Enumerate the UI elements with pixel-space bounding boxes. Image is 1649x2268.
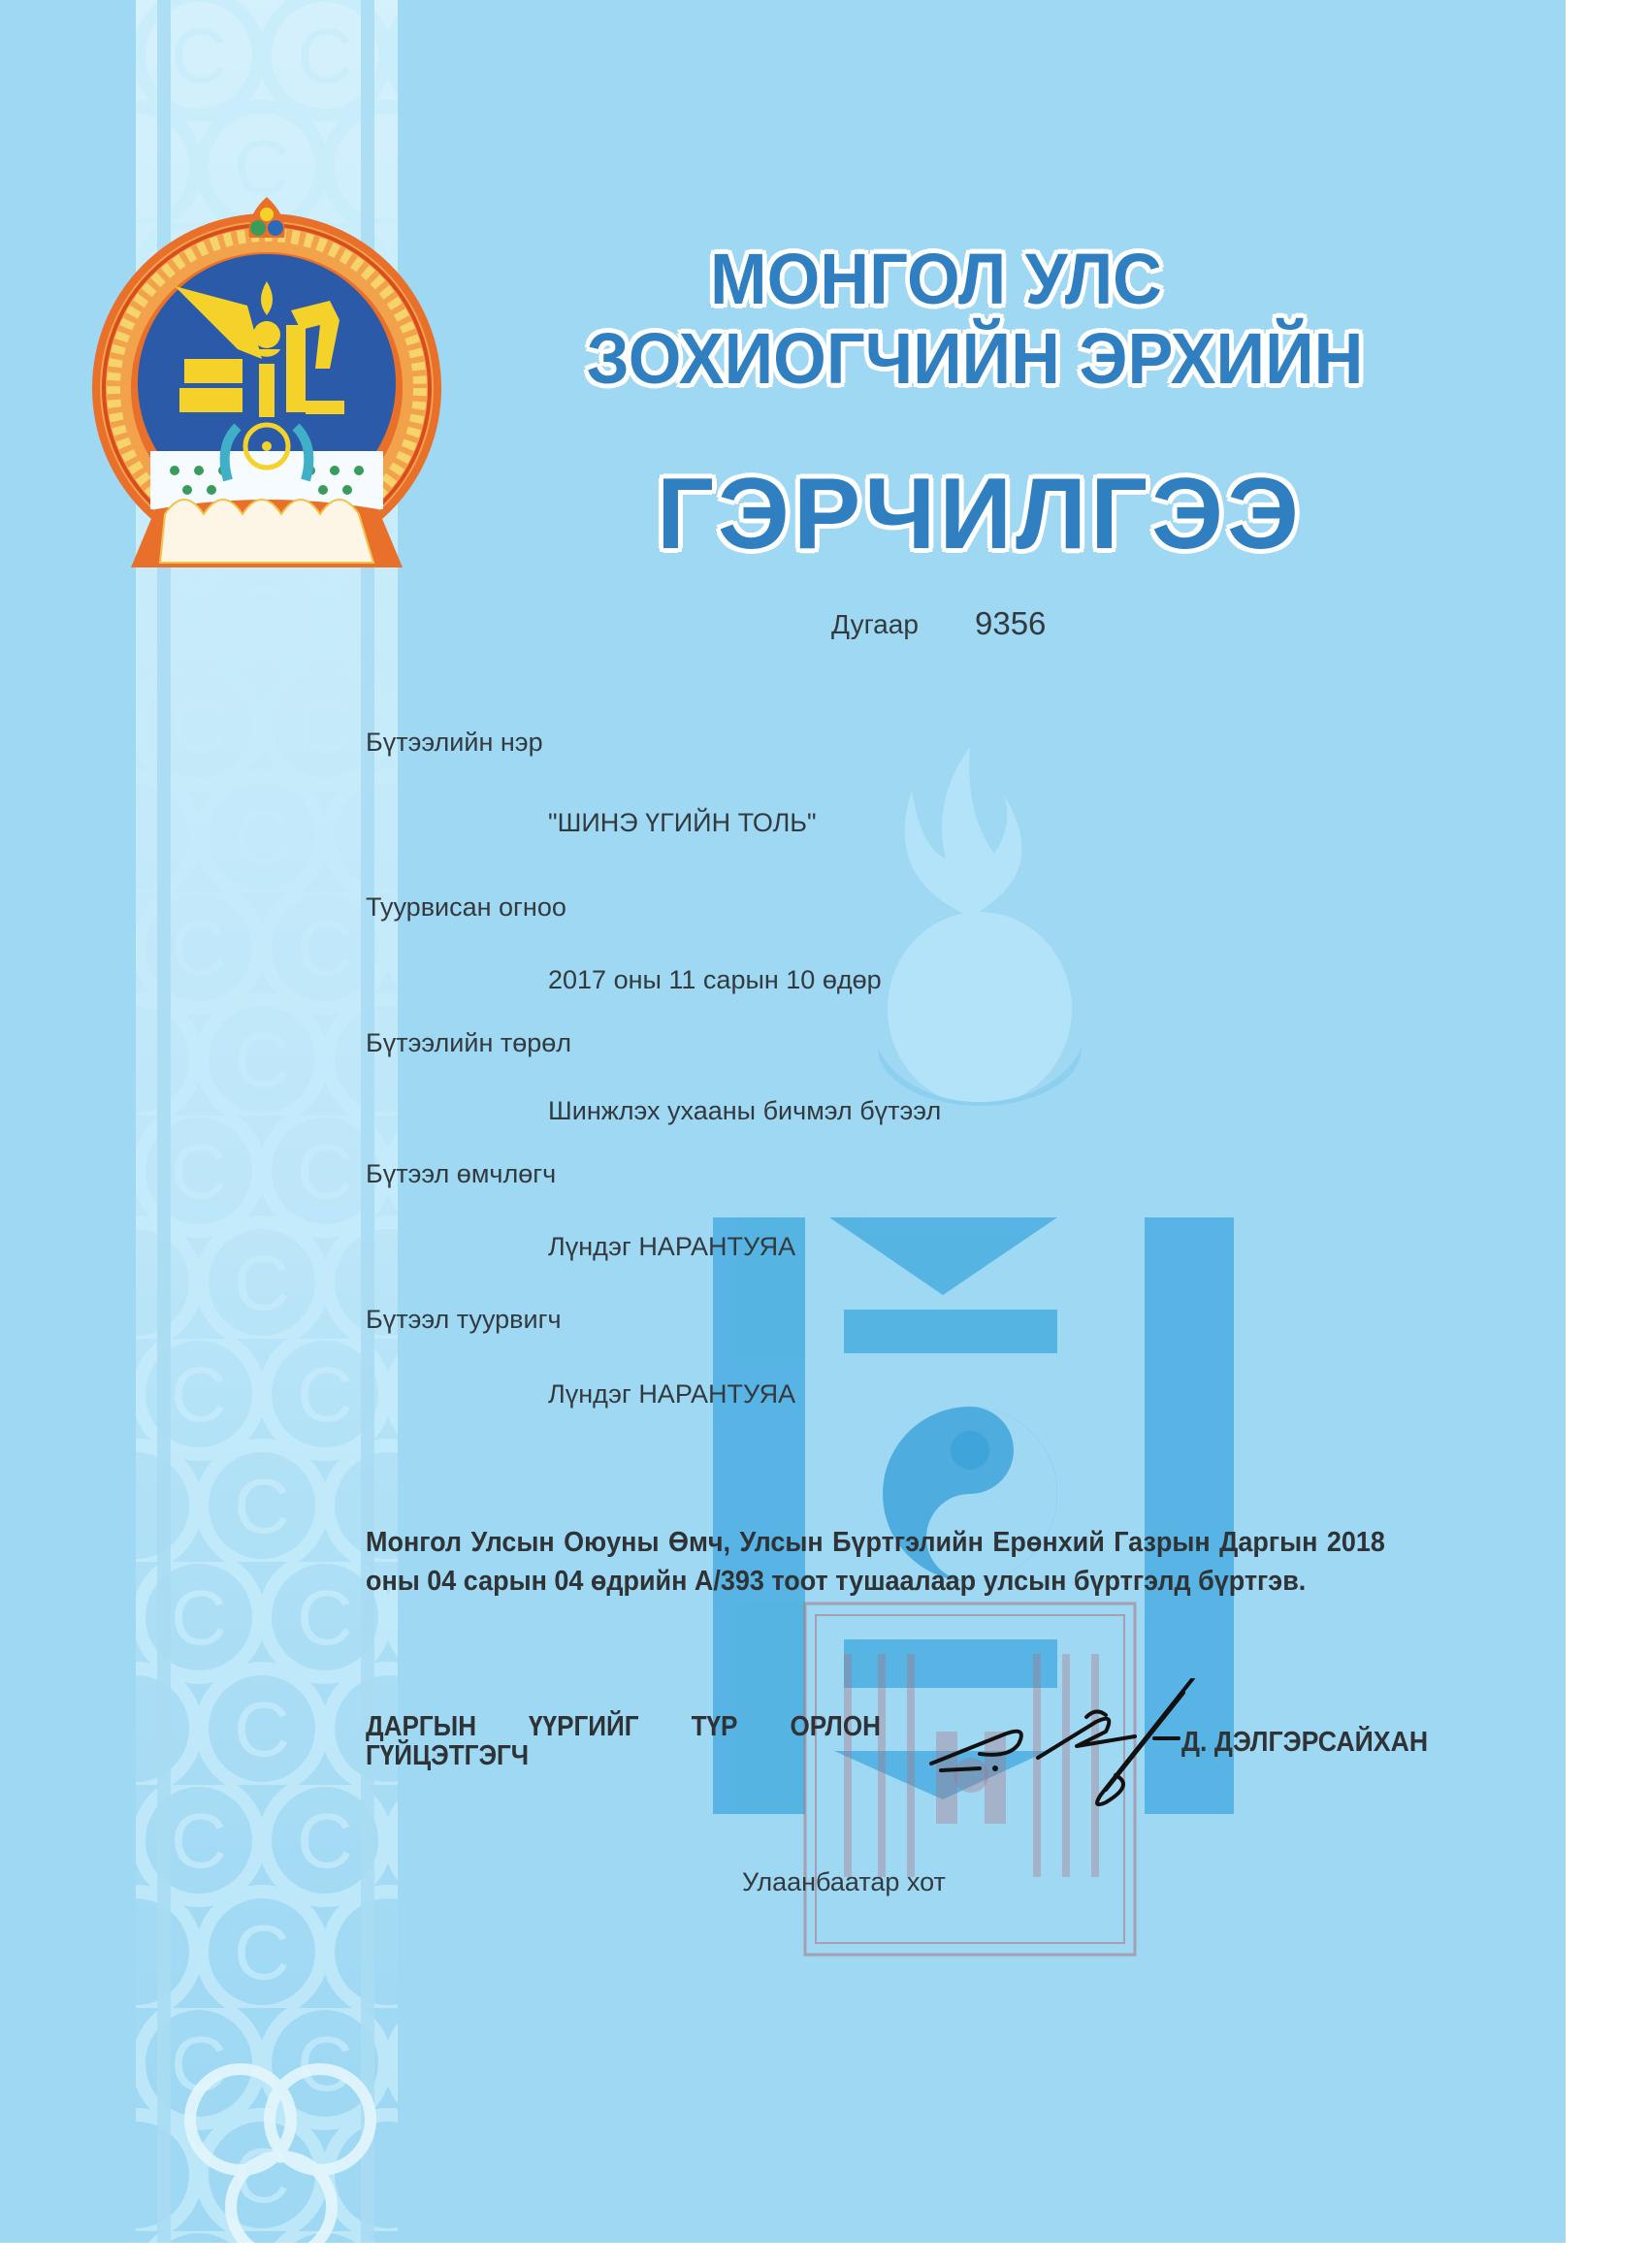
field-value-owner: Лүндэг НАРАНТУЯА	[548, 1232, 795, 1262]
certificate-type-title: ЗОХИОГЧИЙН ЭРХИЙН	[561, 320, 1390, 398]
registration-statement: Монгол Улсын Оюуны Өмч, Улсын Бүртгэлийн…	[366, 1523, 1385, 1601]
role-word: ТҮР	[692, 1712, 738, 1741]
state-emblem-icon	[82, 179, 451, 587]
field-label-work-type: Бүтээлийн төрөл	[366, 1028, 571, 1058]
field-label-creation-date: Туурвисан огноо	[366, 892, 566, 923]
signatory-name: Д. ДЭЛГЭРСАЙХАН	[1181, 1727, 1428, 1759]
role-word: ДАРГЫН	[366, 1712, 476, 1741]
certificate-main-title: ГЭРЧИЛГЭЭ	[640, 461, 1319, 567]
issue-city: Улаанбаатар хот	[742, 1867, 946, 1897]
country-title: МОНГОЛ УЛС	[563, 241, 1309, 318]
field-label-work-title: Бүтээлийн нэр	[366, 728, 543, 758]
field-value-creation-date: 2017 оны 11 сарын 10 өдөр	[548, 965, 882, 995]
role-word: ОРЛОН	[790, 1712, 881, 1741]
role-line-2: ГҮЙЦЭТГЭГЧ	[366, 1741, 872, 1770]
role-word: ҮҮРГИЙГ	[529, 1712, 639, 1741]
field-value-work-type: Шинжлэх ухааны бичмэл бүтээл	[548, 1096, 941, 1126]
signature-icon	[912, 1678, 1212, 1814]
field-label-owner: Бүтээл өмчлөгч	[366, 1159, 556, 1189]
signatory-role: ДАРГЫН ҮҮРГИЙГ ТҮР ОРЛОН ГҮЙЦЭТГЭГЧ	[366, 1712, 872, 1770]
number-label: Дугаар	[831, 609, 919, 640]
certificate-number: 9356	[975, 605, 1046, 642]
field-value-work-title: "ШИНЭ ҮГИЙН ТОЛЬ"	[548, 808, 817, 838]
certificate-page: C C C	[0, 0, 1566, 2243]
field-label-author: Бүтээл туурвигч	[366, 1305, 562, 1335]
field-value-author: Лүндэг НАРАНТУЯА	[548, 1379, 795, 1409]
